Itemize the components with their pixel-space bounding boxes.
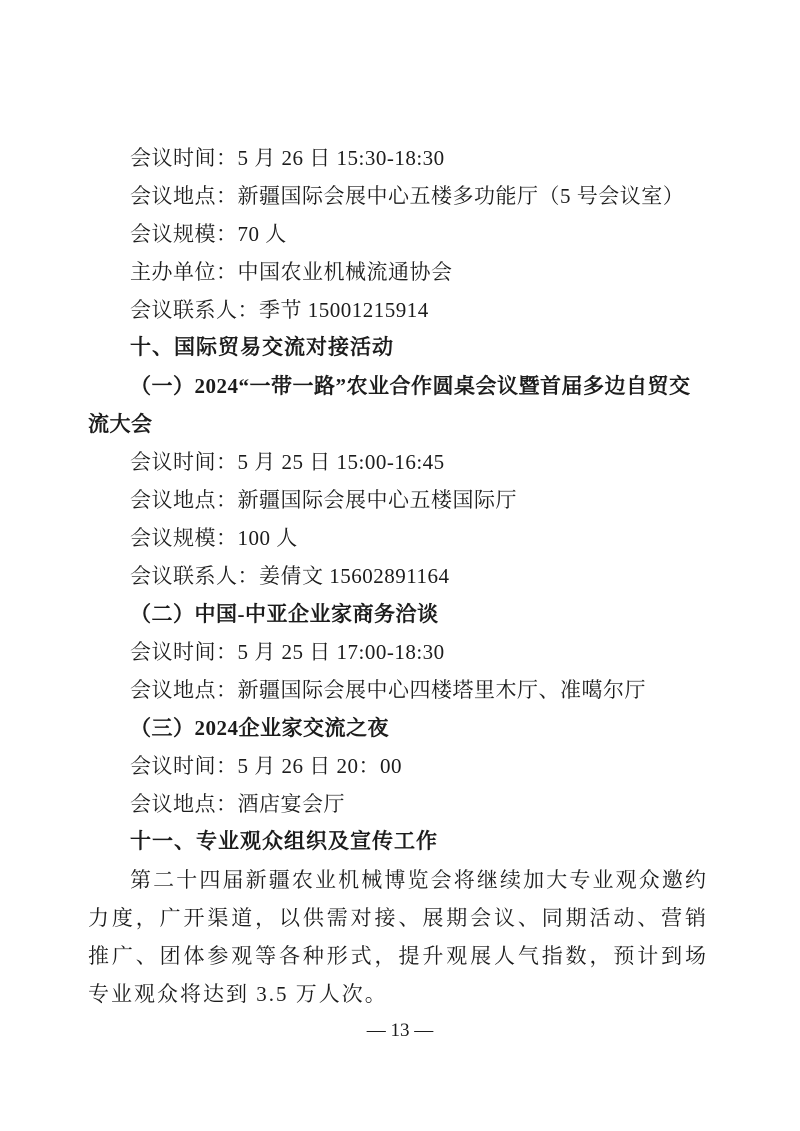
meeting-time-line: 会议时间：5 月 26 日 15:30-18:30: [88, 139, 708, 177]
meeting-contact-line: 会议联系人：季节 15001215914: [88, 291, 708, 329]
item-two-time-line: 会议时间：5 月 25 日 17:00-18:30: [88, 633, 708, 671]
item-one-location-line: 会议地点：新疆国际会展中心五楼国际厅: [88, 481, 708, 519]
item-one-scale-line: 会议规模：100 人: [88, 519, 708, 557]
item-two-heading: （二）中国-中亚企业家商务洽谈: [88, 595, 708, 633]
item-one-contact-line: 会议联系人：姜倩文 15602891164: [88, 557, 708, 595]
item-two-location-line: 会议地点：新疆国际会展中心四楼塔里木厅、准噶尔厅: [88, 671, 708, 709]
item-one-time-line: 会议时间：5 月 25 日 15:00-16:45: [88, 443, 708, 481]
section-eleven-paragraph: 第二十四届新疆农业机械博览会将继续加大专业观众邀约力度，广开渠道，以供需对接、展…: [88, 861, 708, 1013]
section-ten-heading: 十、国际贸易交流对接活动: [88, 329, 708, 367]
document-page: 会议时间：5 月 26 日 15:30-18:30 会议地点：新疆国际会展中心五…: [0, 0, 800, 1131]
meeting-scale-line: 会议规模：70 人: [88, 215, 708, 253]
page-number: — 13 —: [0, 1020, 800, 1042]
document-body: 会议时间：5 月 26 日 15:30-18:30 会议地点：新疆国际会展中心五…: [88, 139, 708, 1013]
item-one-heading: （一）2024“一带一路”农业合作圆桌会议暨首届多边自贸交流大会: [88, 367, 708, 443]
section-eleven-heading: 十一、专业观众组织及宣传工作: [88, 823, 708, 861]
meeting-organizer-line: 主办单位：中国农业机械流通协会: [88, 253, 708, 291]
item-three-heading: （三）2024企业家交流之夜: [88, 709, 708, 747]
item-three-location-line: 会议地点：酒店宴会厅: [88, 785, 708, 823]
item-three-time-line: 会议时间：5 月 26 日 20：00: [88, 747, 708, 785]
meeting-location-line: 会议地点：新疆国际会展中心五楼多功能厅（5 号会议室）: [88, 177, 708, 215]
